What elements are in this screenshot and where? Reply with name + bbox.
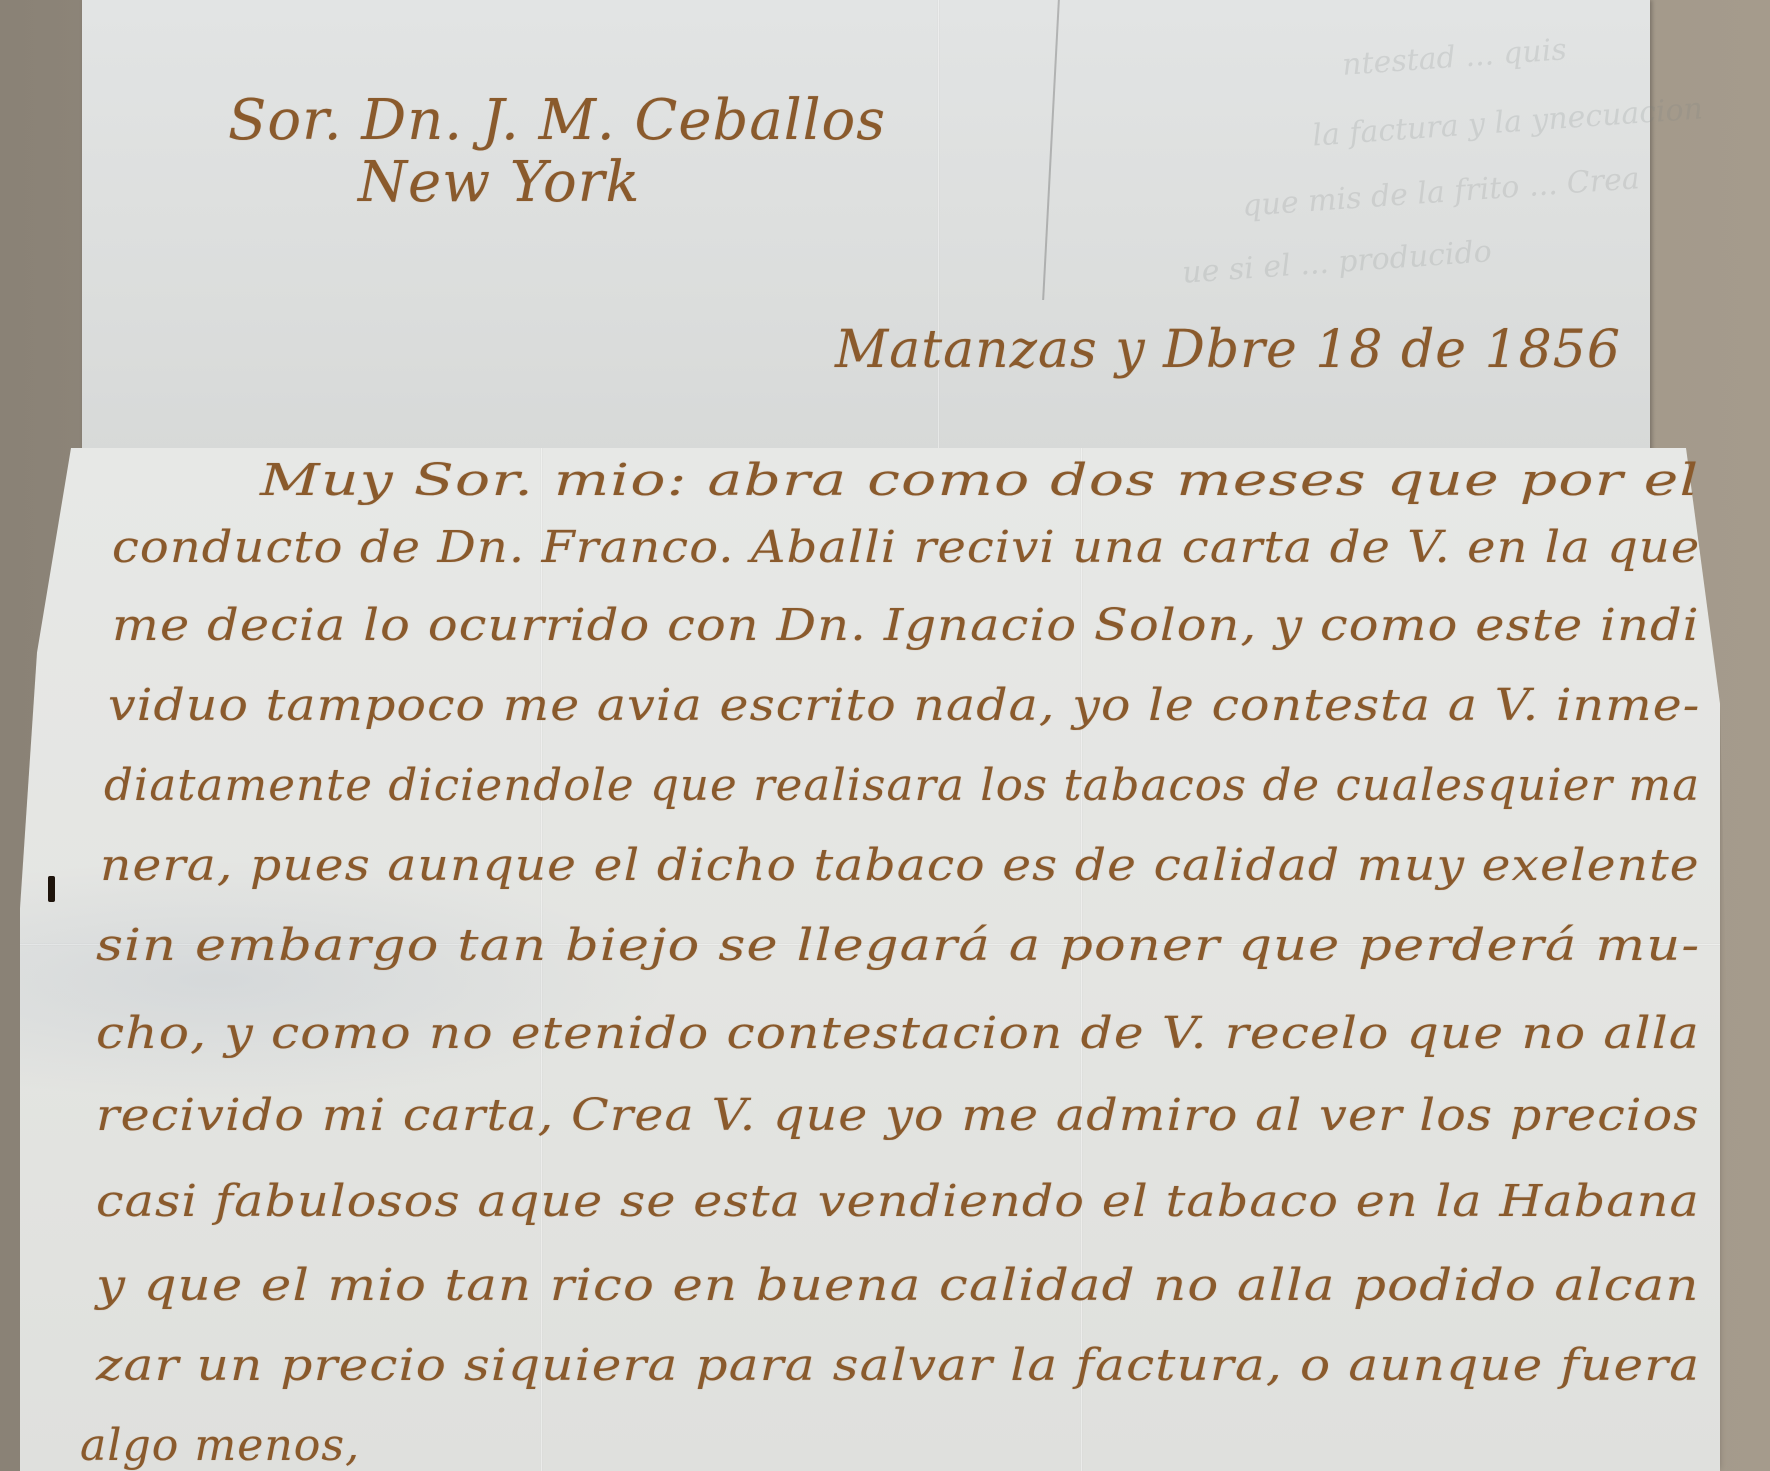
ink-blot <box>48 876 55 902</box>
body-line: casi fabulosos aque se esta vendiendo el… <box>96 1176 1700 1227</box>
recipient-name: Sor. Dn. J. M. Ceballos <box>228 88 886 153</box>
bleed-through-text: ue si el ... producido <box>1181 234 1493 291</box>
body-line: y que el mio tan rico en buena calidad n… <box>96 1260 1700 1311</box>
body-line: diatamente diciendole que realisara los … <box>104 760 1700 811</box>
letter-dateline: Matanzas y Dbre 18 de 1856 <box>835 320 1621 380</box>
body-line: me decia lo ocurrido con Dn. Ignacio Sol… <box>112 600 1700 651</box>
body-line: sin embargo tan biejo se llegará a poner… <box>96 920 1700 971</box>
paper-shadow <box>20 860 670 1100</box>
body-line: recivido mi carta, Crea V. que yo me adm… <box>96 1090 1700 1141</box>
bleed-through-text: que mis de la frito ... Crea <box>1241 161 1641 224</box>
letter-address-leaf: ntestad ... quis la factura y la ynecuac… <box>82 0 1650 455</box>
body-line: nera, pues aunque el dicho tabaco es de … <box>100 840 1700 891</box>
body-line: zar un precio siquiera para salvar la fa… <box>96 1340 1700 1391</box>
paper-tear <box>1042 0 1060 300</box>
body-line: Muy Sor. mio: abra como dos meses que po… <box>260 455 1699 506</box>
body-line: cho, y como no etenido contestacion de V… <box>96 1008 1700 1059</box>
bleed-through-text: ntestad ... quis <box>1341 32 1568 83</box>
body-line: algo menos, <box>80 1420 360 1471</box>
body-line: conducto de Dn. Franco. Aballi recivi un… <box>112 522 1700 573</box>
recipient-city: New York <box>358 150 640 215</box>
body-line: viduo tampoco me avia escrito nada, yo l… <box>108 680 1700 731</box>
bleed-through-text: la factura y la ynecuacion <box>1311 91 1704 153</box>
paper-fold <box>937 0 940 455</box>
